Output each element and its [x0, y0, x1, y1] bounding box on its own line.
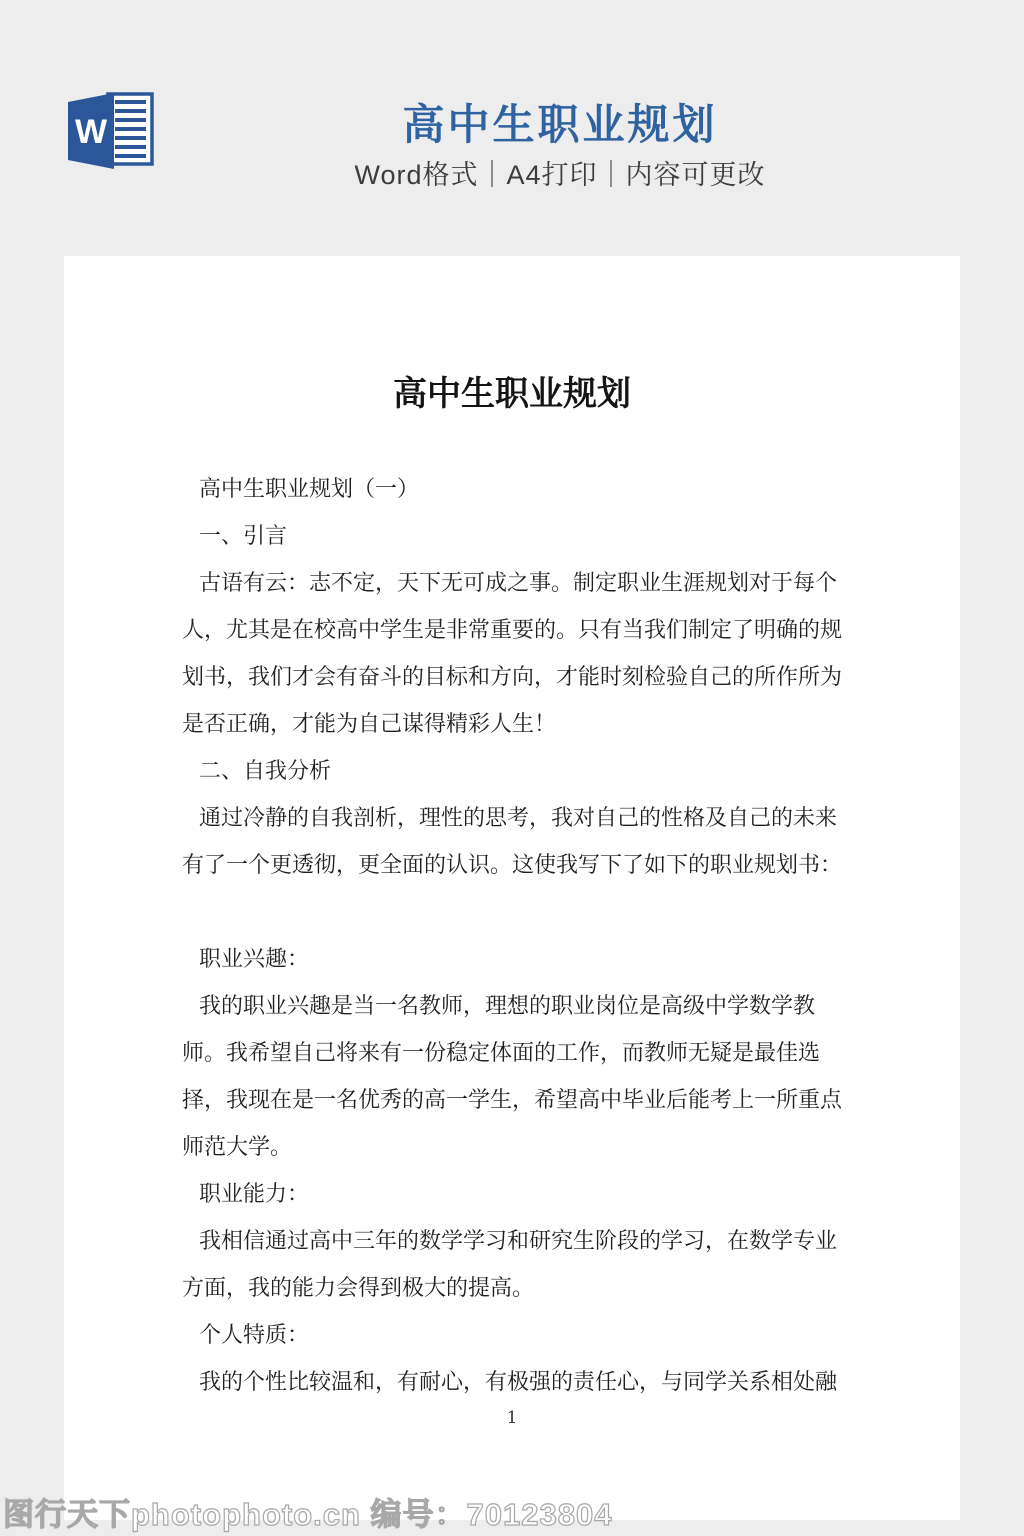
template-title: 高中生职业规划: [96, 92, 1024, 152]
site-header: W 高中生职业规划 Word格式｜A4打印｜内容可更改: [0, 0, 1024, 256]
document-page: 高中生职业规划 高中生职业规划（一）一、引言古语有云：志不定，天下无可成之事。制…: [64, 256, 960, 1520]
paragraph: 一、引言: [182, 513, 850, 560]
template-subtitle: Word格式｜A4打印｜内容可更改: [96, 153, 1024, 192]
paragraph: 个人特质：: [182, 1312, 850, 1359]
paragraph: 高中生职业规划（一）: [182, 466, 850, 513]
document-title: 高中生职业规划: [64, 366, 960, 415]
paragraph: 我相信通过高中三年的数学学习和研究生阶段的学习，在数学专业方面，我的能力会得到极…: [182, 1218, 850, 1312]
page-number: 1: [64, 1408, 960, 1428]
paragraph: 我的个性比较温和，有耐心，有极强的责任心，与同学关系相处融: [182, 1359, 850, 1406]
paragraph: 我的职业兴趣是当一名教师，理想的职业岗位是高级中学数学教师。我希望自己将来有一份…: [182, 983, 850, 1171]
paragraph: [182, 889, 850, 936]
paragraph: 二、自我分析: [182, 748, 850, 795]
document-body: 高中生职业规划（一）一、引言古语有云：志不定，天下无可成之事。制定职业生涯规划对…: [182, 466, 850, 1406]
paragraph: 通过冷静的自我剖析，理性的思考，我对自己的性格及自己的未来有了一个更透彻，更全面…: [182, 795, 850, 889]
site-watermark: 图行天下photophoto.cn 编号：70123804: [3, 1489, 612, 1534]
paragraph: 职业兴趣：: [182, 936, 850, 983]
paragraph: 古语有云：志不定，天下无可成之事。制定职业生涯规划对于每个人，尤其是在校高中学生…: [182, 560, 850, 748]
paragraph: 职业能力：: [182, 1171, 850, 1218]
